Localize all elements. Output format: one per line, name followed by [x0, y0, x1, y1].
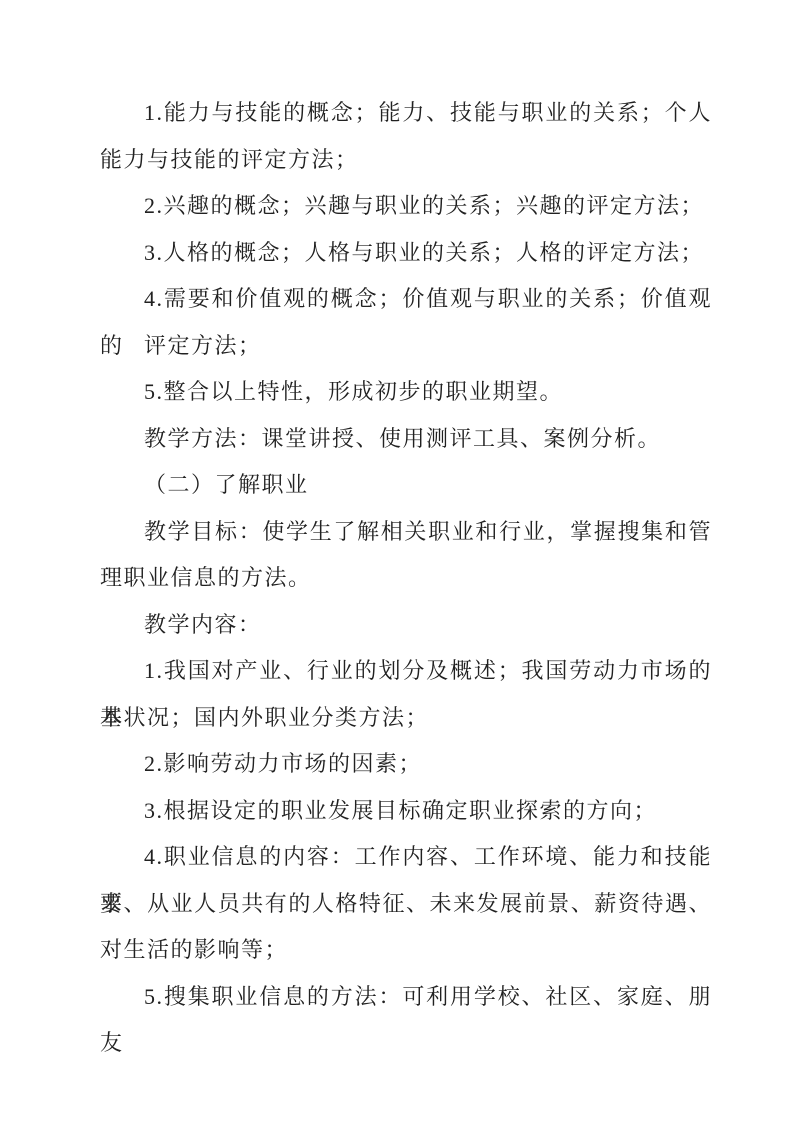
text-line-8: 教学方法：课堂讲授、使用测评工具、案例分析。 — [100, 416, 712, 463]
document-text-block: 1.能力与技能的概念；能力、技能与职业的关系；个人 能力与技能的评定方法； 2.… — [100, 90, 712, 1020]
text-line-9: （二）了解职业 — [100, 462, 712, 509]
text-line-18: 求、从业人员共有的人格特征、未来发展前景、薪资待遇、 — [100, 881, 712, 928]
text-line-12: 教学内容： — [100, 602, 712, 649]
text-line-11: 理职业信息的方法。 — [100, 555, 712, 602]
text-line-2: 能力与技能的评定方法； — [100, 137, 712, 184]
text-line-20: 5.搜集职业信息的方法：可利用学校、社区、家庭、朋友 — [100, 974, 712, 1021]
document-page: 1.能力与技能的概念；能力、技能与职业的关系；个人 能力与技能的评定方法； 2.… — [0, 0, 793, 1122]
text-line-5: 4.需要和价值观的概念；价值观与职业的关系；价值观的 — [100, 276, 712, 323]
text-line-4: 3.人格的概念；人格与职业的关系；人格的评定方法； — [100, 230, 712, 277]
text-line-3: 2.兴趣的概念；兴趣与职业的关系；兴趣的评定方法； — [100, 183, 712, 230]
text-line-14: 本状况；国内外职业分类方法； — [100, 695, 712, 742]
text-line-1: 1.能力与技能的概念；能力、技能与职业的关系；个人 — [100, 90, 712, 137]
text-line-10: 教学目标：使学生了解相关职业和行业，掌握搜集和管 — [100, 509, 712, 556]
text-line-15: 2.影响劳动力市场的因素； — [100, 741, 712, 788]
text-line-13: 1.我国对产业、行业的划分及概述；我国劳动力市场的基 — [100, 648, 712, 695]
text-line-19: 对生活的影响等； — [100, 927, 712, 974]
text-line-6: 评定方法； — [100, 323, 712, 370]
text-line-7: 5.整合以上特性，形成初步的职业期望。 — [100, 369, 712, 416]
text-line-16: 3.根据设定的职业发展目标确定职业探索的方向； — [100, 788, 712, 835]
text-line-17: 4.职业信息的内容：工作内容、工作环境、能力和技能要 — [100, 834, 712, 881]
